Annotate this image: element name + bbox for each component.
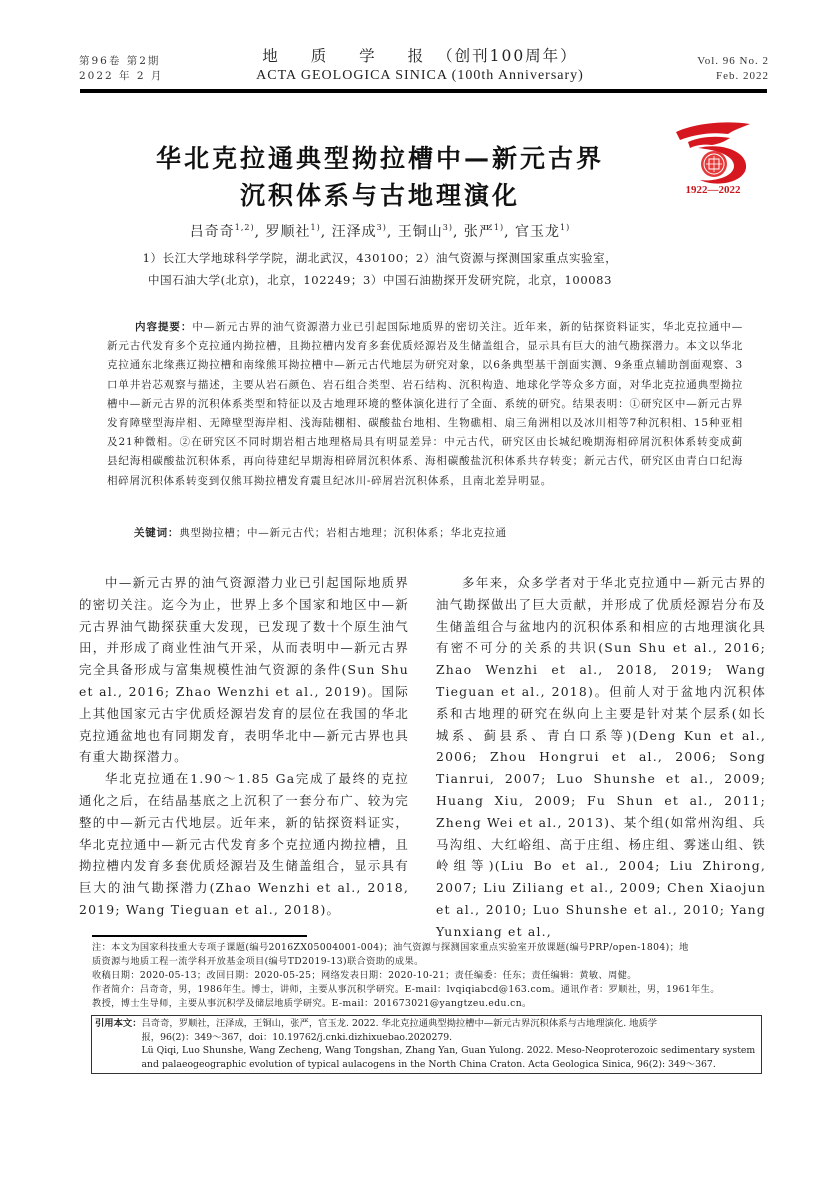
centenary-logo: 1922—2022	[668, 118, 758, 208]
citation-line: 吕奇奇，罗顺社，汪泽成，王铜山，张严，官玉龙. 2022. 华北克拉通典型拗拉槽…	[142, 1017, 756, 1031]
author: 王铜山	[398, 224, 443, 240]
abstract-label: 内容提要：	[135, 321, 192, 333]
author-affiliation: 1)	[494, 223, 504, 232]
article-title: 华北克拉通典型拗拉槽中—新元古界 沉积体系与古地理演化	[100, 140, 660, 214]
citation-body: 吕奇奇，罗顺社，汪泽成，王铜山，张严，官玉龙. 2022. 华北克拉通典型拗拉槽…	[142, 1017, 756, 1071]
issue-date-cn: 2022 年 2 月	[79, 69, 163, 84]
footnote-line: 教授，博士生导师，主要从事沉积学及储层地质学研究。E-mail：20167302…	[92, 997, 762, 1011]
centenary-emblem-icon	[668, 118, 758, 188]
footnote-line: 质资源与地质工程一流学科开放基金项目(编号TD2019-13)联合资助的成果。	[92, 955, 762, 969]
body-paragraph: 多年来，众多学者对于华北克拉通中—新元古界的油气勘探做出了巨大贡献，并形成了优质…	[436, 572, 766, 943]
author-affiliation: 3)	[377, 223, 387, 232]
footnote-line: 作者简介：吕奇奇，男，1986年生。博士，讲师，主要从事沉积学研究。E-mail…	[92, 983, 762, 997]
footnote-rule	[92, 935, 307, 937]
volume-issue: 第96卷 第2期	[79, 54, 163, 69]
journal-title-cn: 地 质 学 报	[262, 47, 437, 65]
issue-date-en: Feb. 2022	[697, 69, 769, 84]
affiliations: 1）长江大学地球科学学院，湖北武汉，430100；2）油气资源与探测国家重点实验…	[100, 247, 660, 291]
affiliation-line: 中国石油大学(北京)，北京，102249；3）中国石油勘探开发研究院，北京，10…	[100, 269, 660, 291]
body-paragraph: 中—新元古界的油气资源潜力业已引起国际地质界的密切关注。迄今为止，世界上多个国家…	[79, 572, 409, 768]
author-affiliation: 3)	[443, 223, 453, 232]
citation-label: 引用本文：	[95, 1017, 142, 1071]
citation-line: 报，96(2)：349～367，doi：10.19762/j.cnki.dizh…	[142, 1031, 756, 1045]
author: 官玉龙	[515, 224, 560, 240]
journal-anniversary-cn: （创刊100周年）	[437, 47, 578, 65]
author-affiliation: 1)	[311, 223, 321, 232]
vol-no: Vol. 96 No. 2	[697, 54, 769, 69]
header-rule	[80, 89, 767, 93]
abstract: 内容提要：中—新元古界的油气资源潜力业已引起国际地质界的密切关注。近年来，新的钻…	[107, 318, 743, 491]
author-affiliation: 1)	[560, 223, 570, 232]
footnotes: 注：本文为国家科技重大专项子课题(编号2016ZX05004001-004)；油…	[92, 941, 762, 1011]
title-line-1: 华北克拉通典型拗拉槽中—新元古界	[100, 140, 660, 177]
keywords: 关键词：典型拗拉槽；中—新元古代；岩相古地理；沉积体系；华北克拉通	[134, 525, 507, 540]
footnote-line: 注：本文为国家科技重大专项子课题(编号2016ZX05004001-004)；油…	[92, 941, 762, 955]
author-affiliation: 1,2)	[235, 223, 255, 232]
affiliation-line: 1）长江大学地球科学学院，湖北武汉，430100；2）油气资源与探测国家重点实验…	[100, 247, 660, 269]
keywords-text: 典型拗拉槽；中—新元古代；岩相古地理；沉积体系；华北克拉通	[179, 527, 507, 539]
author: 吕奇奇	[190, 224, 235, 240]
footnote-line: 收稿日期：2020-05-13；改回日期：2020-05-25；网络发表日期：2…	[92, 969, 762, 983]
author: 罗顺社	[266, 224, 311, 240]
body-paragraph: 华北克拉通在1.90～1.85 Ga完成了最终的克拉通化之后，在结晶基底之上沉积…	[79, 768, 409, 921]
citation-line: Lü Qiqi, Luo Shunshe, Wang Zecheng, Wang…	[142, 1044, 756, 1058]
author: 汪泽成	[332, 224, 377, 240]
issue-info: 第96卷 第2期 2022 年 2 月	[79, 54, 163, 84]
body-column-left: 中—新元古界的油气资源潜力业已引起国际地质界的密切关注。迄今为止，世界上多个国家…	[79, 572, 409, 921]
logo-years: 1922—2022	[668, 184, 758, 196]
author-list: 吕奇奇1,2), 罗顺社1), 汪泽成3), 王铜山3), 张严1), 官玉龙1…	[100, 221, 660, 241]
author: 张严	[464, 224, 494, 240]
citation-line: and palaeogeographic evolution of typica…	[142, 1058, 756, 1072]
journal-masthead: 地 质 学 报（创刊100周年） ACTA GEOLOGICA SINICA (…	[220, 46, 620, 86]
body-column-right: 多年来，众多学者对于华北克拉通中—新元古界的油气勘探做出了巨大贡献，并形成了优质…	[436, 572, 766, 943]
citation-box: 引用本文： 吕奇奇，罗顺社，汪泽成，王铜山，张严，官玉龙. 2022. 华北克拉…	[91, 1015, 762, 1074]
issue-info-en: Vol. 96 No. 2 Feb. 2022	[697, 54, 769, 84]
title-line-2: 沉积体系与古地理演化	[100, 177, 660, 214]
keywords-label: 关键词：	[134, 527, 179, 539]
journal-title-en: ACTA GEOLOGICA SINICA (100th Anniversary…	[220, 66, 620, 86]
abstract-text: 中—新元古界的油气资源潜力业已引起国际地质界的密切关注。近年来，新的钻探资料证实…	[107, 321, 743, 487]
